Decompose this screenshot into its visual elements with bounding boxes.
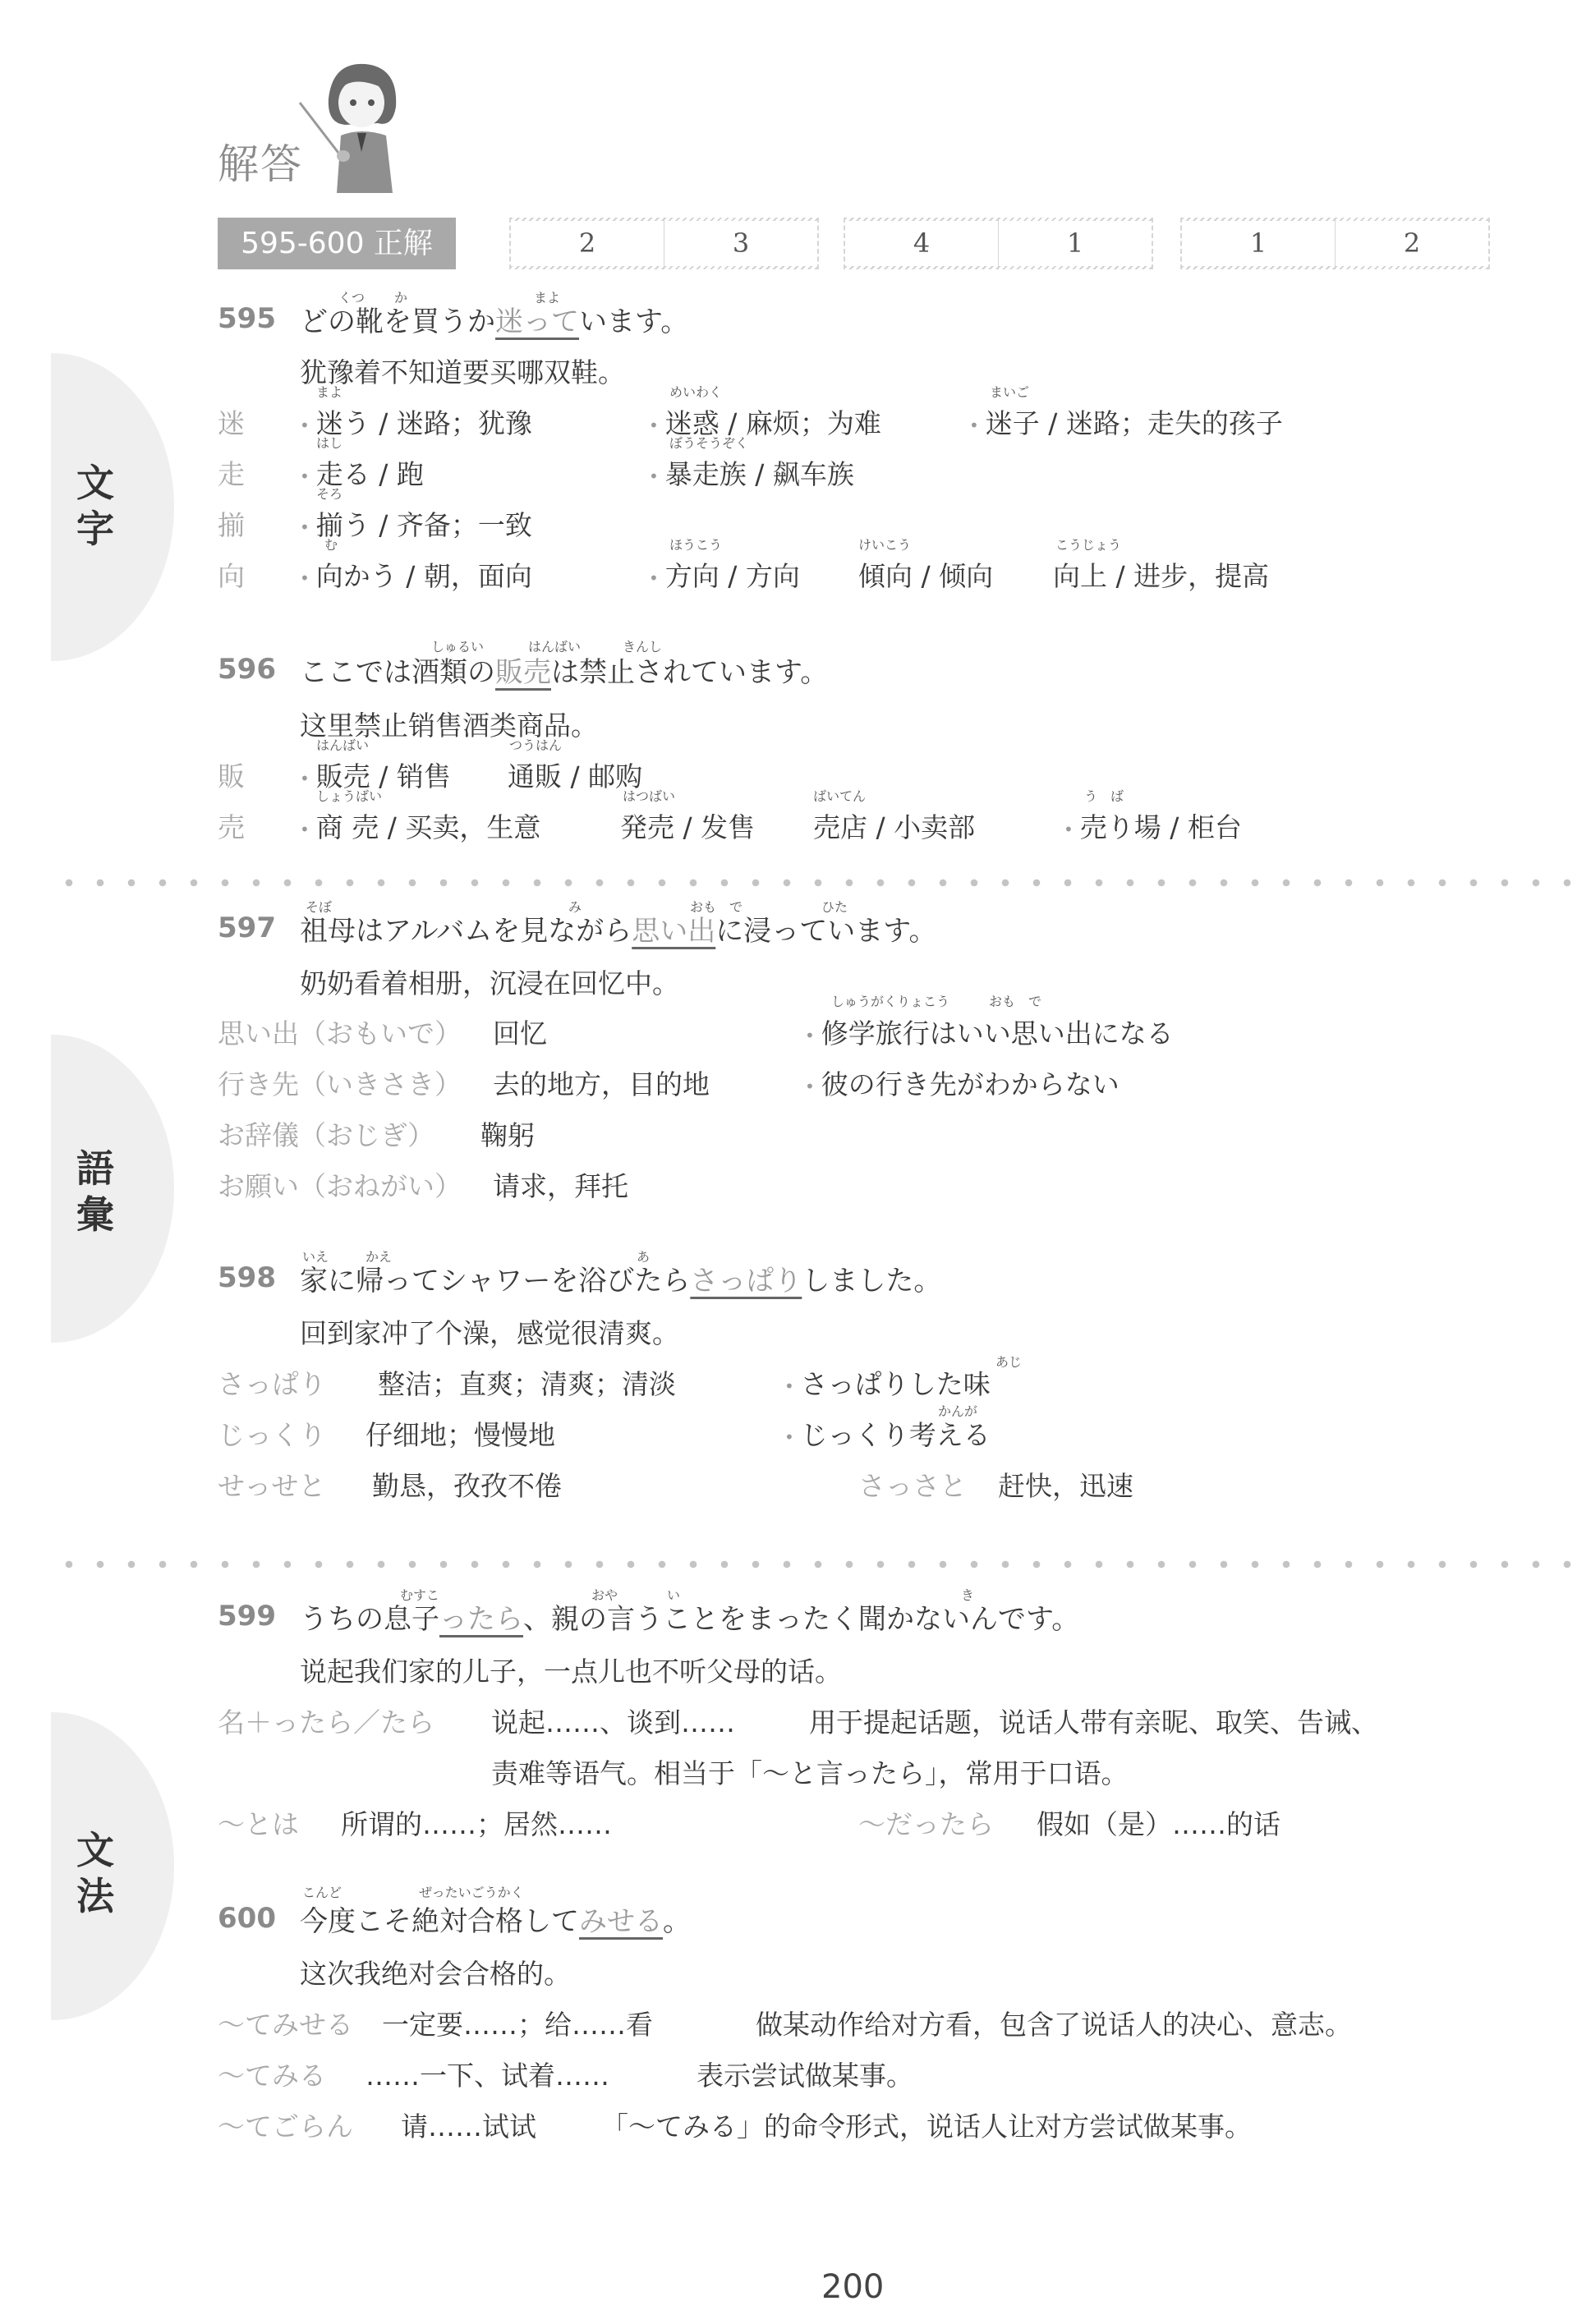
vocab-meaning: 去的地方，目的地 (493, 1063, 710, 1102)
ruby: はんばい (316, 735, 369, 754)
vocab-item: •暴走族 / 飙车族 (649, 453, 854, 492)
question-sentence: うちの息子ったら、親の言うことをまったく聞かないんです。 (300, 1596, 1079, 1637)
grammar-meaning: 请……试试 (401, 2106, 536, 2144)
kanji-label: 揃 (218, 504, 245, 543)
target-word: 迷って (495, 305, 579, 338)
grammar-meaning: ……一下、试着…… (366, 2055, 609, 2093)
kanji-label: 売 (218, 806, 245, 845)
vocab-item: •方向 / 方向 (649, 555, 800, 594)
vocab-label: お辞儀（おじぎ） (218, 1114, 434, 1153)
kanji-label: 迷 (218, 402, 245, 441)
page-number: 200 (821, 2268, 884, 2306)
section-divider (53, 1560, 1577, 1568)
question-sentence: 祖母はアルバムを見ながら思い出に浸っています。 (300, 908, 937, 948)
ruby: はつばい (623, 786, 675, 805)
grammar-label: ～てみせる (218, 2004, 353, 2042)
ruby: あじ (995, 1352, 1022, 1371)
grammar-meaning: 一定要……；给……看 (382, 2004, 653, 2042)
ruby: ほうこう (669, 535, 722, 553)
ruby: しゅうがくりょこう おも で (831, 991, 1041, 1010)
answer-596: 3 (664, 218, 817, 269)
grammar-note: 做某动作给对方看，包含了说话人的决心、意志。 (756, 2004, 1352, 2042)
example-sentence: •修学旅行はいい思い出になる (805, 1013, 1174, 1051)
grammar-label: ～とは (218, 1803, 299, 1842)
vocab-label: さっぱり (218, 1363, 326, 1402)
ruby: けいこう (858, 535, 911, 553)
answer-group-1: 2 3 (509, 218, 819, 269)
kanji-label: 向 (218, 555, 245, 594)
translation: 回到家冲了个澡，感觉很清爽。 (300, 1312, 679, 1351)
target-word: ったら (439, 1603, 523, 1636)
ruby: めいわく (669, 382, 722, 401)
vocab-meaning: 请求，拜托 (493, 1165, 628, 1204)
grammar-meaning: 所谓的……；居然…… (341, 1803, 612, 1842)
grammar-label: ～てみる (218, 2055, 326, 2093)
ruby: そろ (316, 484, 343, 503)
translation: 犹豫着不知道要买哪双鞋。 (300, 351, 625, 390)
vocab-meaning: 仔细地；慢慢地 (366, 1414, 555, 1453)
question-number: 600 (218, 1902, 276, 1935)
vocab-item: 傾向 / 倾向 (858, 555, 993, 594)
grammar-label: ～てごらん (218, 2106, 353, 2144)
question-sentence: どの靴を買うか迷っています。 (300, 299, 688, 339)
section-tab-bunpo-label: 文法 (72, 1827, 118, 1919)
grammar-note: 表示尝试做某事。 (697, 2055, 913, 2093)
vocab-item: 発売 / 发售 (620, 806, 755, 845)
vocab-label: お願い（おねがい） (218, 1165, 462, 1204)
grammar-meaning: 假如（是）……的话 (1037, 1803, 1280, 1842)
example-sentence: •さっぱりした味 (784, 1363, 991, 1402)
vocab-meaning: 回忆 (493, 1013, 547, 1051)
section-tab-moji-label: 文字 (72, 460, 118, 552)
example-sentence: •彼の行き先がわからない (805, 1063, 1120, 1102)
vocab-label: さっさと (858, 1465, 967, 1504)
ruby: ばいてん (813, 786, 866, 805)
grammar-note: 「～てみる」的命令形式，说话人让对方尝试做某事。 (601, 2106, 1252, 2144)
answer-group-3: 1 2 (1180, 218, 1490, 269)
ruby: まいご (990, 382, 1029, 401)
question-number: 597 (218, 912, 276, 944)
target-word: 思い出 (632, 915, 715, 948)
ruby: ぼうそうぞく (669, 433, 748, 452)
example-sentence: •じっくり考える (784, 1414, 991, 1453)
page-title: 解答 (218, 131, 303, 191)
ruby: む (324, 535, 338, 553)
answer-597: 4 (845, 218, 998, 269)
ruby: う ば (1084, 786, 1124, 805)
answer-595: 2 (511, 218, 664, 269)
grammar-note: 用于提起话题，说话人带有亲昵、取笑、告诫、 (809, 1702, 1378, 1740)
question-number: 596 (218, 653, 276, 686)
answer-600: 2 (1335, 218, 1488, 269)
translation: 奶奶看着相册，沉浸在回忆中。 (300, 962, 679, 1001)
vocab-meaning: 勤恳，孜孜不倦 (372, 1465, 562, 1504)
kanji-label: 走 (218, 453, 245, 492)
target-word: 販売 (495, 656, 551, 689)
grammar-note: 责难等语气。相当于「～と言ったら」，常用于口语。 (491, 1752, 1129, 1791)
answer-range-label: 595-600 正解 (218, 218, 456, 269)
vocab-item: •迷子 / 迷路；走失的孩子 (969, 402, 1283, 441)
target-word: みせる (579, 1905, 663, 1938)
vocab-meaning: 整洁；直爽；清爽；清淡 (378, 1363, 676, 1402)
translation: 说起我们家的儿子，一点儿也不听父母的话。 (300, 1651, 842, 1689)
target-word: さっぱり (690, 1265, 802, 1297)
answer-group-2: 4 1 (844, 218, 1153, 269)
answer-598: 1 (998, 218, 1152, 269)
question-number: 598 (218, 1261, 276, 1294)
question-number: 599 (218, 1600, 276, 1633)
grammar-meaning: 说起……、谈到…… (491, 1702, 735, 1740)
vocab-label: じっくり (218, 1414, 326, 1453)
ruby: こうじょう (1055, 535, 1121, 553)
grammar-label: 名＋ったら／たら (218, 1702, 434, 1740)
ruby: つうはん (509, 735, 562, 754)
ruby: まよ (316, 382, 343, 401)
question-sentence: 家に帰ってシャワーを浴びたらさっぱりしました。 (300, 1258, 941, 1298)
vocab-label: 行き先（いきさき） (218, 1063, 462, 1102)
vocab-label: 思い出（おもいで） (218, 1013, 462, 1051)
question-sentence: 今度こそ絶対合格してみせる。 (300, 1899, 691, 1939)
vocab-item: 売店 / 小卖部 (813, 806, 975, 845)
vocab-meaning: 赶快，迅速 (998, 1465, 1133, 1504)
vocab-item: 向上 / 进步，提高 (1053, 555, 1269, 594)
vocab-meaning: 鞠躬 (480, 1114, 535, 1153)
question-sentence: ここでは酒類の販売は禁止されています。 (300, 650, 828, 690)
vocab-item: •商 売 / 买卖，生意 (300, 806, 540, 845)
vocab-label: せっせと (218, 1465, 325, 1504)
translation: 这次我绝对会合格的。 (300, 1953, 571, 1991)
answer-599: 1 (1182, 218, 1335, 269)
grammar-label: ～だったら (858, 1803, 994, 1842)
vocab-item: •売り場 / 柜台 (1064, 806, 1242, 845)
ruby: はし (316, 433, 343, 452)
vocab-item: •向かう / 朝，面向 (300, 555, 532, 594)
kanji-label: 販 (218, 756, 245, 794)
question-number: 595 (218, 302, 276, 335)
section-divider (53, 879, 1577, 887)
teacher-mascot-icon (296, 57, 402, 197)
section-tab-goi-label: 語彙 (72, 1146, 118, 1238)
ruby: しょうばい (316, 786, 382, 805)
